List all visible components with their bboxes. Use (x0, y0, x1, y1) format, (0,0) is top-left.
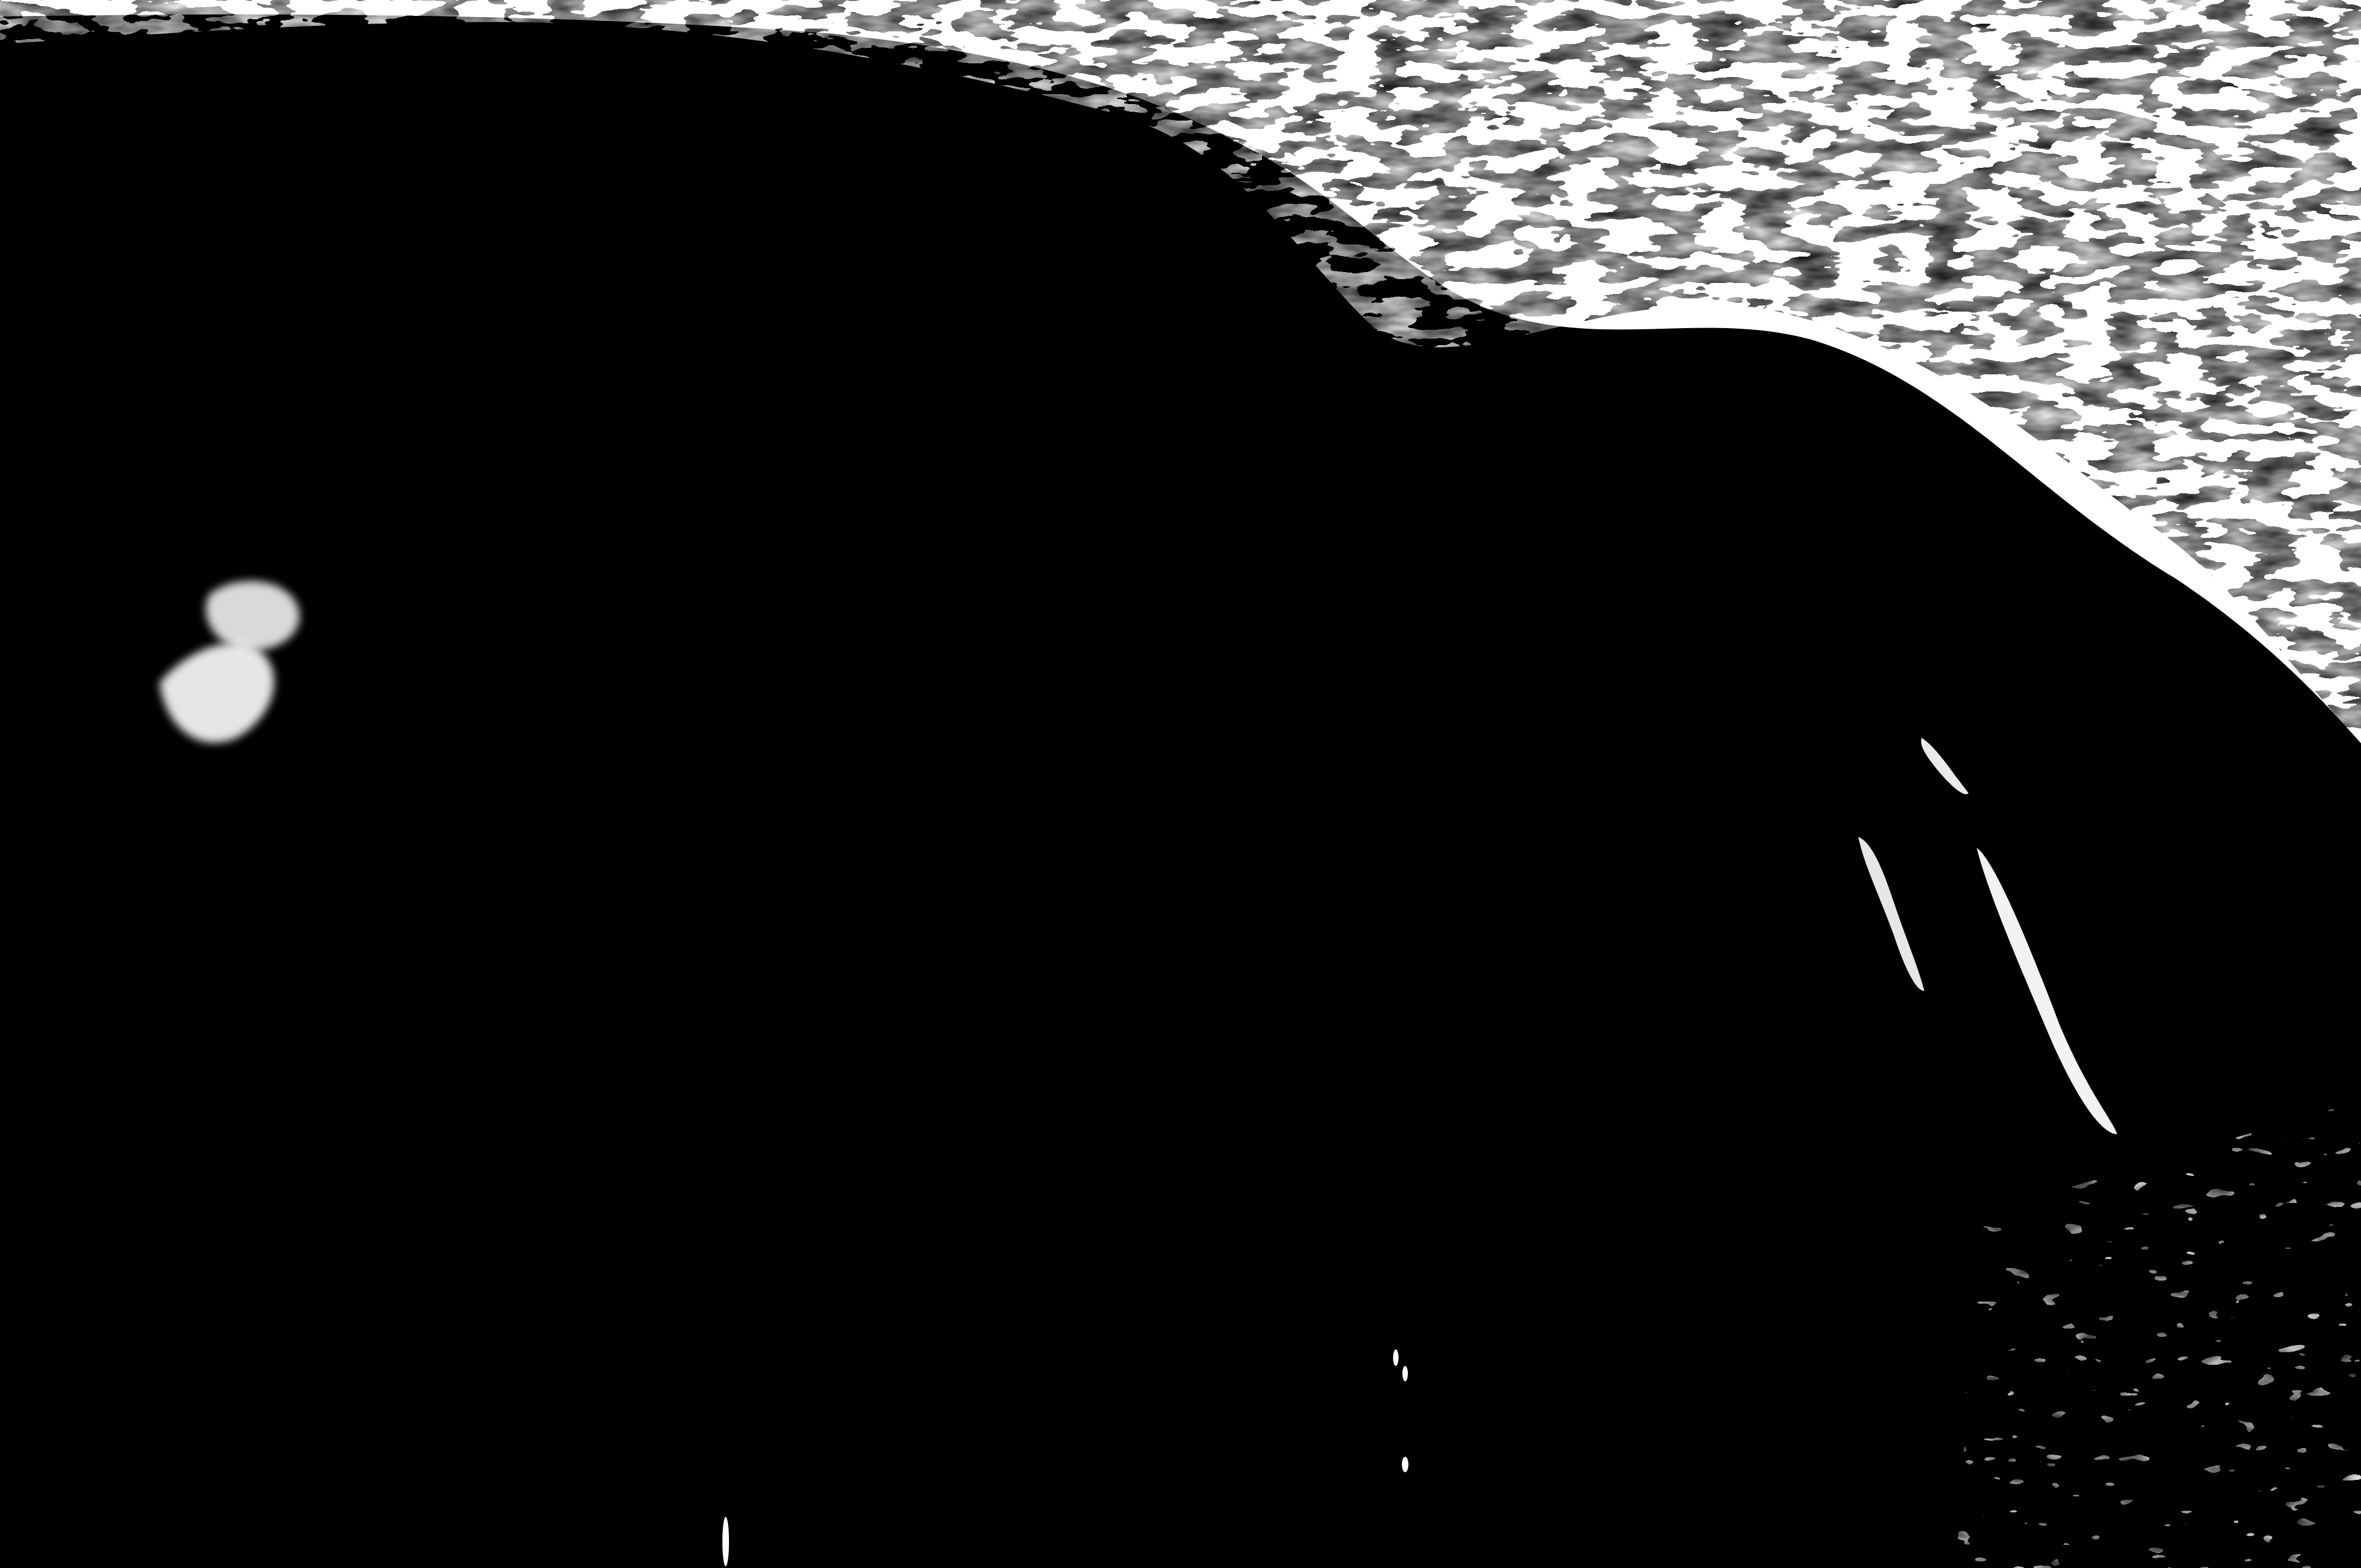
highlight-spot (1402, 1457, 1408, 1472)
highlight-spot (1393, 1349, 1399, 1366)
photograph (0, 0, 2361, 1568)
highlight-spot (1402, 1366, 1408, 1381)
highlight-spot (722, 1517, 729, 1566)
